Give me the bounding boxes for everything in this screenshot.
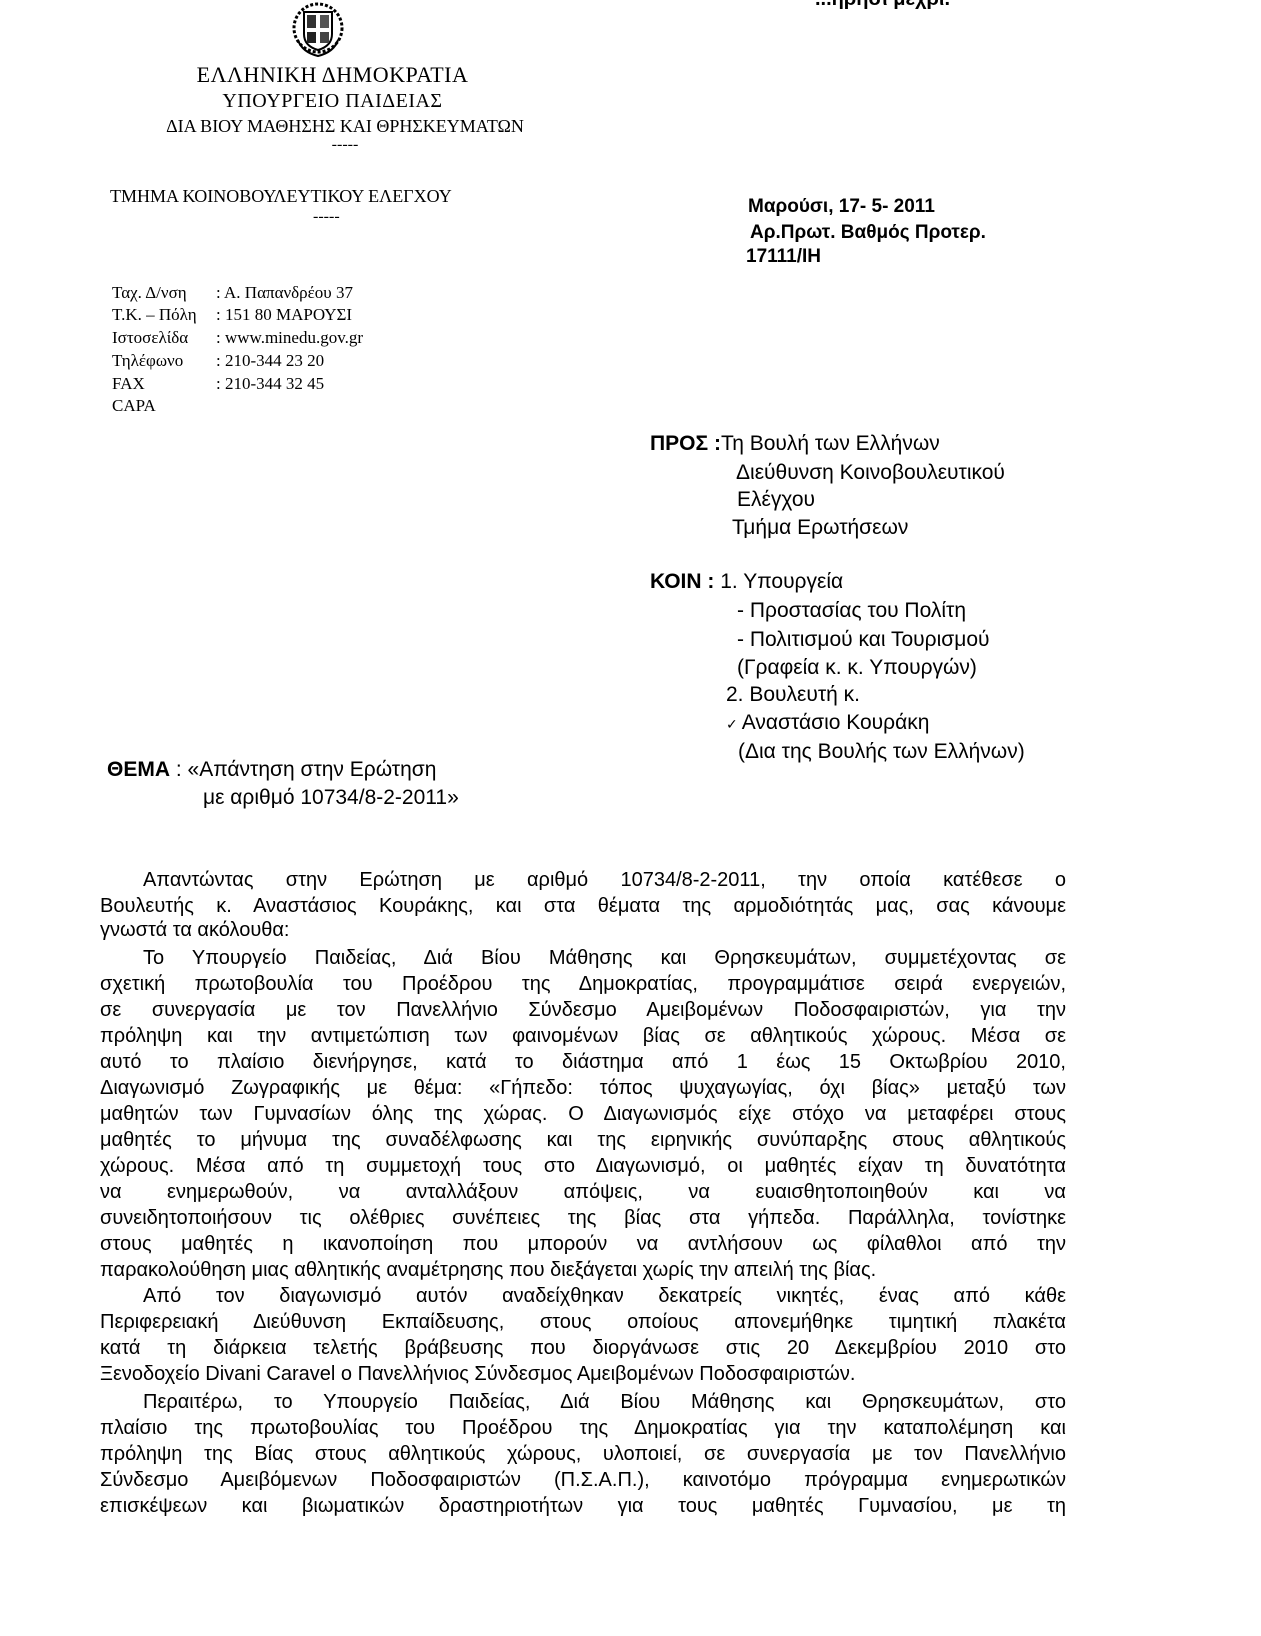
cc-line-with-mark: ✓Αναστάσιο Κουράκη (726, 711, 929, 735)
body-line: μαθητών των Γυμνασίων όλης της χώρας. Ο … (100, 1102, 1066, 1126)
body-line: παρακολούθηση μιας αθλητικής αναμέτρησης… (100, 1258, 1066, 1282)
subject-label: ΘΕΜΑ (107, 758, 170, 781)
recipient-line: Ελέγχου (737, 488, 815, 512)
body-line: Περαιτέρω, το Υπουργείο Παιδείας, Διά Βί… (100, 1390, 1066, 1414)
department-heading: ΤΜΗΜΑ ΚΟΙΝΟΒΟΥΛΕΥΤΙΚΟΥ ΕΛΕΓΧΟΥ (110, 186, 452, 207)
department-separator: ----- (313, 208, 340, 226)
subject-text: : «Απάντηση στην Ερώτηση (176, 758, 437, 781)
recipient-line: Τμήμα Ερωτήσεων (732, 516, 908, 540)
contact-row-capa: CAPA (112, 396, 216, 416)
document-date: Μαρούσι, 17- 5- 2011 (748, 196, 935, 218)
contact-value: : 210-344 32 45 (216, 374, 324, 393)
greek-emblem-icon (290, 0, 346, 58)
body-line: στους μαθητές η ικανοποίηση που μπορούν … (100, 1232, 1066, 1256)
body-line: πλαίσιο της πρωτοβουλίας του Προέδρου τη… (100, 1416, 1066, 1440)
contact-label: Ταχ. Δ/νση (112, 283, 216, 303)
contact-row-city: Τ.Κ. – Πόλη: 151 80 ΜΑΡΟΥΣΙ (112, 305, 352, 325)
body-line: Το Υπουργείο Παιδείας, Διά Βίου Μάθησης … (100, 946, 1066, 970)
cc-line: (Δια της Βουλής των Ελλήνων) (738, 740, 1025, 764)
recipient-line: Διεύθυνση Κοινοβουλευτικού (736, 461, 1005, 485)
body-line: Περιφερειακή Διεύθυνση Εκπαίδευσης, στου… (100, 1310, 1066, 1334)
contact-row-phone: Τηλέφωνο: 210-344 23 20 (112, 351, 324, 371)
contact-label: CAPA (112, 396, 216, 416)
body-line: συνειδητοποιήσουν τις ολέθριες συνέπειες… (100, 1206, 1066, 1230)
cc-line: - Προστασίας του Πολίτη (737, 599, 966, 623)
body-line: γνωστά τα ακόλουθα: (100, 918, 1066, 942)
body-line: χώρους. Μέσα από τη συμμετοχή τους στο Δ… (100, 1154, 1066, 1178)
contact-label: Ιστοσελίδα (112, 328, 216, 348)
body-line: πρόληψη της Βίας στους αθλητικούς χώρους… (100, 1442, 1066, 1466)
contact-label: FAX (112, 374, 216, 394)
body-line: να ενημερωθούν, να ανταλλάξουν απόψεις, … (100, 1180, 1066, 1204)
body-line: σχετική πρωτοβουλία του Προέδρου της Δημ… (100, 972, 1066, 996)
cc-line: 2. Βουλευτή κ. (726, 683, 860, 707)
body-line: Απαντώντας στην Ερώτηση με αριθμό 10734/… (100, 868, 1066, 892)
cc-line: (Γραφεία κ. κ. Υπουργών) (737, 656, 977, 680)
contact-value: : www.minedu.gov.gr (216, 328, 363, 347)
recipient-line: Τη Βουλή των Ελλήνων (721, 432, 940, 455)
cc-line: - Πολιτισμού και Τουρισμού (737, 628, 989, 652)
recipient-to: ΠΡΟΣ :Τη Βουλή των Ελλήνων (650, 432, 940, 456)
recipient-cc-label: ΚΟΙΝ : (650, 570, 714, 593)
contact-value: : Α. Παπανδρέου 37 (216, 283, 353, 302)
protocol-number: 17111/ΙΗ (746, 246, 821, 268)
body-line: Διαγωνισμό Ζωγραφικής με θέμα: «Γήπεδο: … (100, 1076, 1066, 1100)
contact-label: Τ.Κ. – Πόλη (112, 305, 216, 325)
subject-text-continued: με αριθμό 10734/8-2-2011» (203, 786, 459, 810)
contact-row-website: Ιστοσελίδα: www.minedu.gov.gr (112, 328, 363, 348)
header-separator: ----- (140, 136, 550, 154)
contact-row-fax: FAX: 210-344 32 45 (112, 374, 324, 394)
body-line: Από τον διαγωνισμό αυτόν αναδείχθηκαν δε… (100, 1284, 1066, 1308)
contact-row-address: Ταχ. Δ/νση: Α. Παπανδρέου 37 (112, 283, 353, 303)
subject-line: ΘΕΜΑ : «Απάντηση στην Ερώτηση (107, 758, 436, 782)
contact-value: : 210-344 23 20 (216, 351, 324, 370)
ministry-subheading: ΔΙΑ ΒΙΟΥ ΜΑΘΗΣΗΣ ΚΑΙ ΘΡΗΣΚΕΥΜΑΤΩΝ (140, 116, 550, 137)
body-line: αυτό το πλαίσιο διενήργησε, κατά το διάσ… (100, 1050, 1066, 1074)
body-line: επισκέψεων και βιωματικών δραστηριοτήτων… (100, 1494, 1066, 1518)
ministry-heading: ΥΠΟΥΡΓΕΙΟ ΠΑΙΔΕΙΑΣ (140, 90, 525, 113)
recipient-cc: ΚΟΙΝ : 1. Υπουργεία (650, 570, 843, 594)
contact-value: : 151 80 ΜΑΡΟΥΣΙ (216, 305, 352, 324)
body-line: πρόληψη και την αντιμετώπιση των φαινομέ… (100, 1024, 1066, 1048)
body-line: Ξενοδοχείο Divani Caravel ο Πανελλήνιος … (100, 1362, 1066, 1386)
body-line: σε συνεργασία με τον Πανελλήνιο Σύνδεσμο… (100, 998, 1066, 1022)
cc-line: Αναστάσιο Κουράκη (742, 711, 930, 734)
cropped-stamp-text: ...ηρησι μεχρι. (815, 0, 950, 11)
cc-line: 1. Υπουργεία (720, 570, 843, 593)
recipient-to-label: ΠΡΟΣ : (650, 432, 721, 455)
handwritten-check-icon: ✓ (726, 716, 738, 732)
country-heading: ΕΛΛΗΝΙΚΗ ΔΗΜΟΚΡΑΤΙΑ (140, 62, 525, 88)
contact-label: Τηλέφωνο (112, 351, 216, 371)
protocol-label: Αρ.Πρωτ. Βαθμός Προτερ. (750, 222, 986, 244)
body-line: κατά τη διάρκεια τελετής βράβευσης που δ… (100, 1336, 1066, 1360)
body-line: μαθητές το μήνυμα της συναδέλφωσης και τ… (100, 1128, 1066, 1152)
body-line: Βουλευτής κ. Αναστάσιος Κουράκης, και στ… (100, 894, 1066, 918)
body-line: Σύνδεσμο Αμειβόμενων Ποδοσφαιριστών (Π.Σ… (100, 1468, 1066, 1492)
